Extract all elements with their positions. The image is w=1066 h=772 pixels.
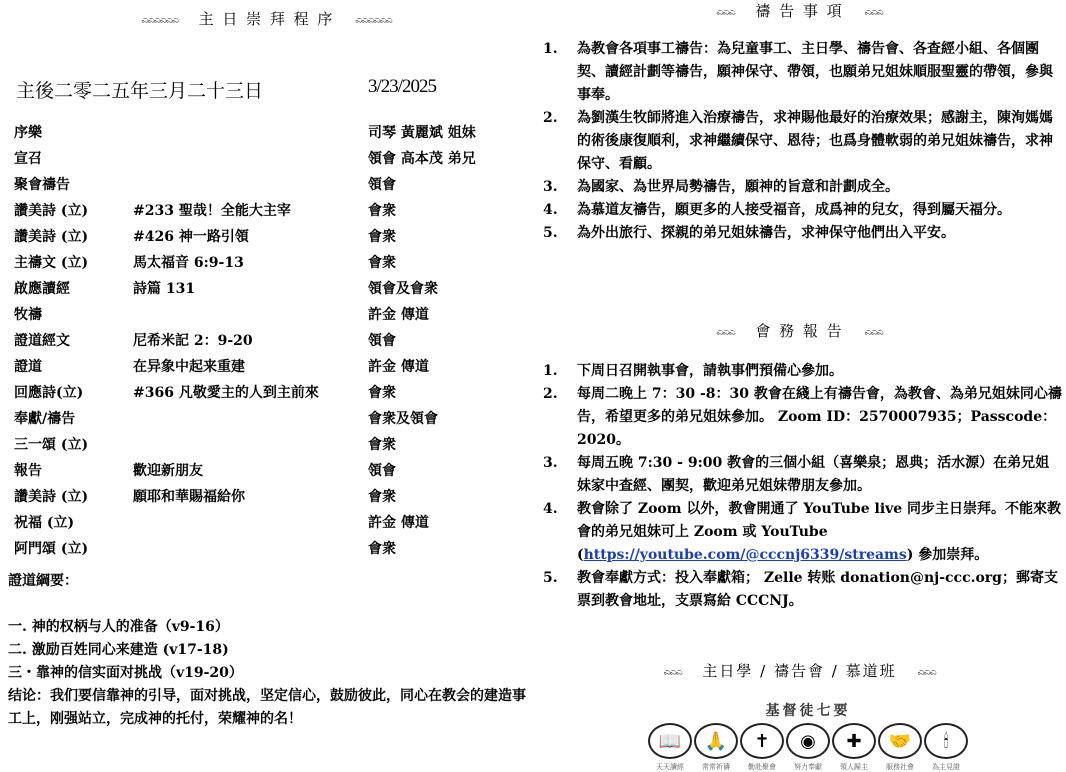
announcement-item: 4.教會除了 Zoom 以外，教會開通了 YouTube live 同步主日崇拜… [543,498,1063,567]
item-number: 1. [543,360,558,383]
program-leader: 會衆 [368,538,396,558]
prayer-item: 2.為劉漢生牧師將進入治療禱告，求神賜他最好的治療效果；感謝主，陳洵媽媽的術後康… [543,107,1063,176]
essential-label: 天天讀經 [656,762,684,772]
item-text: ) 參加崇拜。 [907,547,989,563]
item-number: 4. [543,199,558,222]
program-item: 祝福 (立) [14,512,74,532]
program-item: 序樂 [14,122,42,142]
item-number: 2. [543,383,558,406]
program-table: 序樂司琴 黃麗斌 姐妹 宣召領會 高本茂 弟兄 聚會禱告領會 讚美詩 (立)#2… [14,122,524,564]
item-number: 3. [543,452,558,475]
program-row: 證道經文尼希米記 2：9-20領會 [14,330,524,356]
program-item: 啟應讀經 [14,278,70,298]
program-leader: 會衆及領會 [368,408,438,428]
program-item: 阿門頌 (立) [14,538,88,558]
program-detail: #233 聖哉！全能大主宰 [133,200,291,220]
program-leader: 會衆 [368,434,396,454]
program-row: 阿門頌 (立)會衆 [14,538,524,564]
prayer-item: 4.為慕道友禱告，願更多的人接受福音，成爲神的兒女，得到屬天福分。 [543,199,1063,222]
item-number: 1. [543,38,558,61]
program-leader: 許金 傳道 [368,304,429,324]
sermon-outline: 證道綱要： 一. 神的权柄与人的准备（v9-16） 二. 激励百姓同心来建造 (… [8,570,528,731]
program-detail: 在异象中起来重建 [133,356,245,376]
program-row: 讚美詩 (立)#426 神一路引領會衆 [14,226,524,252]
ornament-icon: ಎಎಎ [716,6,734,17]
essential-label: 服務社會 [886,762,914,772]
ornament-icon: ಎಎಎಎಎಎ [355,14,391,25]
worship-order-column: ಎಎಎಎಎಎ 主 日 崇 拜 程 序 ಎಎಎಎಎಎ 主後二零二五年三月二十三日 … [0,0,533,772]
program-row: 報告歡迎新朋友領會 [14,460,524,486]
essential-label: 常常祈禱 [702,762,730,772]
program-row: 三一頌 (立)會衆 [14,434,524,460]
program-detail: 歡迎新朋友 [133,460,203,480]
announcement-list: 1.下周日召開執事會，請執事們預備心參加。 2.每周二晚上 7：30 -8：30… [543,360,1063,613]
prayer-list: 1.為教會各項事工禱告：為兒童事工、主日學、禱告會、各查經小組、各個團契、讀經計… [543,38,1063,245]
prayer-item: 5.為外出旅行、探親的弟兄姐妹禱告，求神保守他們出入平安。 [543,222,1063,245]
program-item: 聚會禱告 [14,174,70,194]
seven-essentials-title: 基督徒七要 [643,700,973,720]
program-item: 證道 [14,356,42,376]
date-numeric: 3/23/2025 [368,76,436,98]
praying-icon: 🙏 [694,723,738,759]
program-leader: 會衆 [368,226,396,246]
program-row: 宣召領會 高本茂 弟兄 [14,148,524,174]
announcement-item: 2.每周二晚上 7：30 -8：30 教會在綫上有禱告會，為教會、為弟兄姐妹同心… [543,383,1063,452]
ornament-icon: ಎಎಎ [917,666,935,677]
program-leader: 會衆 [368,200,396,220]
announcements-heading: ಎಎಎ 會 務 報 告 ಎಎಎ [533,320,1066,341]
prayer-item: 1.為教會各項事工禱告：為兒童事工、主日學、禱告會、各查經小組、各個團契、讀經計… [543,38,1063,107]
heading-title: 禱 告 事 項 [755,2,843,20]
program-item: 奉獻/禱告 [14,408,75,428]
ornament-icon: ಎಎಎಎಎಎ [141,14,177,25]
outline-point: 一. 神的权柄与人的准备（v9-16） [8,616,528,639]
program-row: 讚美詩 (立)#233 聖哉！全能大主宰會衆 [14,200,524,226]
worship-order-heading: ಎಎಎಎಎಎ 主 日 崇 拜 程 序 ಎಎಎಎಎಎ [0,8,533,29]
item-text: 為慕道友禱告，願更多的人接受福音，成爲神的兒女，得到屬天福分。 [577,202,1011,218]
program-item: 主禱文 (立) [14,252,88,272]
essential-label: 領人歸主 [840,762,868,772]
essential-item: 🙏常常祈禱 [693,723,739,772]
outline-title: 證道綱要： [8,570,528,593]
program-leader: 領會 高本茂 弟兄 [368,148,476,168]
program-leader: 領會及會衆 [368,278,438,298]
essentials-icons: 📖天天讀經 🙏常常祈禱 ✝勤赴聚會 ◉努力奉獻 ✚領人歸主 🤝服務社會 🕯為主見… [643,723,973,772]
program-leader: 司琴 黃麗斌 姐妹 [368,122,476,142]
sunday-school-heading: ಎಎಎ 主日學 / 禱告會 / 慕道班 ಎಎಎ [533,660,1066,681]
program-item: 報告 [14,460,42,480]
ornament-icon: ಎಎಎ [663,666,681,677]
program-detail: 尼希米記 2：9-20 [133,330,253,350]
seven-essentials-graphic: 基督徒七要 📖天天讀經 🙏常常祈禱 ✝勤赴聚會 ◉努力奉獻 ✚領人歸主 🤝服務社… [643,700,973,772]
essential-item: 🤝服務社會 [877,723,923,772]
heading-title: 會 務 報 告 [755,322,843,340]
program-leader: 許金 傳道 [368,356,429,376]
prayer-heading: ಎಎಎ 禱 告 事 項 ಎಎಎ [533,0,1066,21]
program-leader: 會衆 [368,382,396,402]
program-leader: 會衆 [368,486,396,506]
program-detail: 詩篇 131 [133,278,195,298]
ornament-icon: ಎಎಎ [716,326,734,337]
youtube-link[interactable]: https://youtube.com/@cccnj6339/streams [584,547,907,563]
item-text: 為劉漢生牧師將進入治療禱告，求神賜他最好的治療效果；感謝主，陳洵媽媽的術後康復順… [577,110,1053,172]
program-row: 牧禱許金 傳道 [14,304,524,330]
program-row: 證道在异象中起来重建許金 傳道 [14,356,524,382]
offering-icon: ◉ [786,723,830,759]
item-text: 教會奉獻方式：投入奉獻箱； Zelle 转账 donation@nj-ccc.o… [577,570,1058,609]
program-item: 回應詩(立) [14,382,83,402]
program-item: 宣召 [14,148,42,168]
announcement-item: 5.教會奉獻方式：投入奉獻箱； Zelle 转账 donation@nj-ccc… [543,567,1063,613]
program-row: 主禱文 (立)馬太福音 6:9-13會衆 [14,252,524,278]
program-detail: #366 凡敬愛主的人到主前來 [133,382,319,402]
gathering-icon: ✝ [740,723,784,759]
item-number: 4. [543,498,558,521]
program-leader: 領會 [368,174,396,194]
outline-point: 三・靠神的信实面对挑战（v19-20） [8,662,528,685]
prayer-item: 3.為國家、為世界局勢禱告，願神的旨意和計劃成全。 [543,176,1063,199]
program-leader: 領會 [368,330,396,350]
program-item: 讚美詩 (立) [14,486,88,506]
item-text: 為外出旅行、探親的弟兄姐妹禱告，求神保守他們出入平安。 [577,225,955,241]
item-text: 為國家、為世界局勢禱告，願神的旨意和計劃成全。 [577,179,899,195]
essential-label: 勤赴聚會 [748,762,776,772]
program-item: 讚美詩 (立) [14,226,88,246]
program-detail: #426 神一路引領 [133,226,249,246]
item-text: 每周二晚上 7：30 -8：30 教會在綫上有禱告會，為教會、為弟兄姐妹同心禱告… [577,386,1062,448]
program-row: 讚美詩 (立)願耶和華賜福給你會衆 [14,486,524,512]
program-detail: 馬太福音 6:9-13 [133,252,244,272]
program-leader: 會衆 [368,252,396,272]
program-row: 回應詩(立)#366 凡敬愛主的人到主前來會衆 [14,382,524,408]
item-number: 2. [543,107,558,130]
program-item: 牧禱 [14,304,42,324]
ornament-icon: ಎಎಎ [864,6,882,17]
outline-point: 二. 激励百姓同心来建造 (v17-18) [8,639,528,662]
candle-icon: 🕯 [924,723,968,759]
item-number: 5. [543,222,558,245]
evangelism-icon: ✚ [832,723,876,759]
announcement-item: 3.每周五晚 7:30 - 9:00 教會的三個小組（喜樂泉；恩典；活水源）在弟… [543,452,1063,498]
announcement-item: 1.下周日召開執事會，請執事們預備心參加。 [543,360,1063,383]
essential-item: ✚領人歸主 [831,723,877,772]
outline-conclusion: 结论：我们要信靠神的引导，面对挑战，坚定信心，鼓励彼此，同心在教会的建造事工上，… [8,685,528,731]
program-item: 讚美詩 (立) [14,200,88,220]
item-number: 3. [543,176,558,199]
item-text: 下周日召開執事會，請執事們預備心參加。 [577,363,843,379]
essential-label: 為主見證 [932,762,960,772]
reading-bible-icon: 📖 [648,723,692,759]
heading-title: 主日學 / 禱告會 / 慕道班 [702,662,896,680]
essential-item: 📖天天讀經 [647,723,693,772]
program-row: 序樂司琴 黃麗斌 姐妹 [14,122,524,148]
essential-item: 🕯為主見證 [923,723,969,772]
program-detail: 願耶和華賜福給你 [133,486,245,506]
item-number: 5. [543,567,558,590]
program-row: 聚會禱告領會 [14,174,524,200]
essential-item: ✝勤赴聚會 [739,723,785,772]
announcements-column: ಎಎಎ 禱 告 事 項 ಎಎಎ 1.為教會各項事工禱告：為兒童事工、主日學、禱告… [533,0,1066,772]
heading-title: 主 日 崇 拜 程 序 [199,10,335,28]
serving-icon: 🤝 [878,723,922,759]
essential-item: ◉努力奉獻 [785,723,831,772]
program-row: 奉獻/禱告會衆及領會 [14,408,524,434]
program-leader: 領會 [368,460,396,480]
program-item: 三一頌 (立) [14,434,88,454]
program-leader: 許金 傳道 [368,512,429,532]
program-item: 證道經文 [14,330,70,350]
program-row: 啟應讀經詩篇 131領會及會衆 [14,278,524,304]
item-text: 為教會各項事工禱告：為兒童事工、主日學、禱告會、各查經小組、各個團契、讀經計劃等… [577,41,1053,103]
ornament-icon: ಎಎಎ [864,326,882,337]
essential-label: 努力奉獻 [794,762,822,772]
item-text: 每周五晚 7:30 - 9:00 教會的三個小組（喜樂泉；恩典；活水源）在弟兄姐… [577,455,1049,494]
date-chinese: 主後二零二五年三月二十三日 [16,76,263,103]
program-row: 祝福 (立)許金 傳道 [14,512,524,538]
